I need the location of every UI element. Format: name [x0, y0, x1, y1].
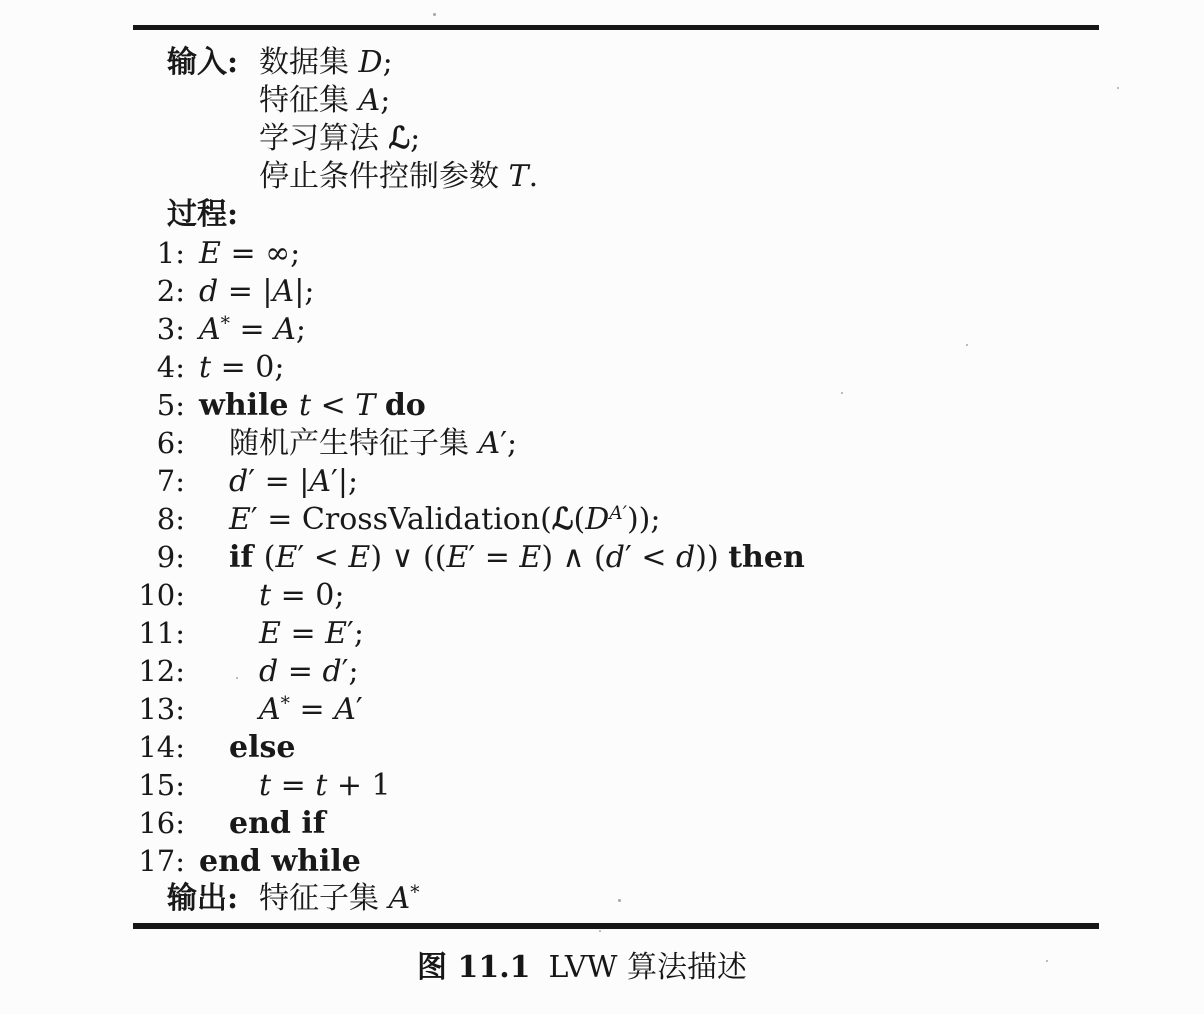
statement: t = 0; — [185, 577, 344, 615]
statement-segment: D — [585, 502, 609, 537]
statement-segment: E — [446, 540, 468, 575]
statement: E = E′; — [185, 615, 364, 653]
statement-segment: d — [199, 274, 218, 309]
statement: d = |A|; — [185, 273, 314, 311]
statement-segment: A — [259, 692, 281, 727]
statement-segment: E — [229, 502, 251, 537]
statement-segment: A — [389, 881, 411, 916]
line-number: 10: — [133, 576, 185, 614]
scan-speck — [599, 930, 601, 932]
statement-segment: E — [275, 540, 297, 575]
statement-segment: end if — [229, 806, 326, 841]
line-number: 1: — [133, 234, 185, 272]
statement-segment: A — [274, 312, 296, 347]
line-number: 16: — [133, 804, 185, 842]
statement-segment: ) ∨ (( — [370, 540, 446, 575]
statement-segment: + 1 — [327, 768, 390, 803]
algorithm-step-line: 10:t = 0; — [133, 576, 1099, 614]
statement-segment: t — [315, 768, 327, 803]
statement-segment: A — [479, 426, 501, 461]
algorithm-step-line: 9:if (E′ < E) ∨ ((E′ = E) ∧ (d′ < d)) th… — [133, 538, 1099, 576]
statement-segment: ℒ — [389, 121, 411, 156]
statement-segment: end while — [199, 844, 361, 879]
algorithm-head-line: 过程: — [133, 196, 1099, 234]
statement-segment: t — [259, 578, 271, 613]
statement: 数据集 D; — [259, 44, 393, 82]
scan-speck — [1117, 87, 1119, 89]
statement-segment: t — [199, 350, 211, 385]
statement-segment: * — [221, 314, 230, 335]
statement-segment: ′ — [356, 692, 363, 727]
statement-segment: E — [325, 616, 347, 651]
statement-segment: ′ = CrossValidation( — [251, 502, 552, 537]
statement: d = d′; — [185, 653, 359, 691]
statement-segment: ; — [383, 45, 393, 80]
statement-segment: ) ∧ ( — [541, 540, 605, 575]
statement-segment: E — [519, 540, 541, 575]
statement-segment: 随机产生特征子集 — [229, 426, 479, 461]
statement-segment: ℒ — [552, 502, 574, 537]
algorithm-step-line: 14:else — [133, 728, 1099, 766]
line-number: 13: — [133, 690, 185, 728]
statement-segment: 停止条件控制参数 — [259, 159, 509, 194]
algorithm-rows: 输入:数据集 D;特征集 A;学习算法 ℒ;停止条件控制参数 T.过程:1:E … — [133, 44, 1099, 918]
statement-segment: E — [199, 236, 221, 271]
algorithm-step-line: 7:d′ = |A′|; — [133, 462, 1099, 500]
statement: else — [185, 729, 295, 767]
statement-segment: else — [229, 730, 295, 765]
statement-segment: A — [334, 692, 356, 727]
algorithm-step-line: 16:end if — [133, 804, 1099, 842]
figure-caption: 图 11.1LVW 算法描述 — [133, 946, 1099, 990]
statement-segment: D — [359, 45, 383, 80]
algorithm-step-line: 11:E = E′; — [133, 614, 1099, 652]
scan-speck — [147, 739, 149, 741]
statement-segment: ′|; — [331, 464, 358, 499]
statement-segment: )) — [695, 540, 728, 575]
statement: E′ = CrossValidation(ℒ(DA′)); — [185, 501, 660, 539]
statement-segment: < — [311, 388, 355, 423]
scan-speck — [1046, 960, 1048, 962]
statement-segment: = — [290, 692, 334, 727]
statement-segment: ′ = | — [248, 464, 309, 499]
statement-segment: ( — [264, 540, 276, 575]
statement: d′ = |A′|; — [185, 463, 358, 501]
statement: end if — [185, 805, 326, 843]
algorithm-step-line: 13:A* = A′ — [133, 690, 1099, 728]
statement-segment: = — [281, 616, 325, 651]
statement-segment: t — [299, 388, 311, 423]
statement-segment: A — [199, 312, 221, 347]
statement-segment: = | — [218, 274, 272, 309]
statement-segment — [375, 388, 385, 423]
figure-caption-label: 图 11.1 — [417, 950, 531, 985]
statement-segment: E — [259, 616, 281, 651]
statement: 随机产生特征子集 A′; — [185, 425, 517, 463]
scan-speck — [428, 958, 430, 960]
algorithm-step-line: 17:end while — [133, 842, 1099, 880]
statement-segment: 学习算法 — [259, 121, 389, 156]
statement-segment: ; — [380, 83, 390, 118]
statement-segment: = — [230, 312, 274, 347]
line-number: 15: — [133, 766, 185, 804]
statement-segment: = 0; — [211, 350, 284, 385]
algorithm-step-line: 12:d = d′; — [133, 652, 1099, 690]
statement-segment: T — [355, 388, 375, 423]
statement: E = ∞; — [185, 235, 300, 273]
statement-segment: A — [273, 274, 295, 309]
statement-segment: while — [199, 388, 299, 423]
statement-segment: ′ < — [625, 540, 676, 575]
statement: 停止条件控制参数 T. — [259, 158, 538, 196]
line-number: 5: — [133, 386, 185, 424]
statement-segment: |; — [294, 274, 314, 309]
statement-segment: 数据集 — [259, 45, 359, 80]
algorithm-step-line: 1:E = ∞; — [133, 234, 1099, 272]
algorithm-cont-line: 学习算法 ℒ; — [133, 120, 1099, 158]
line-number: 12: — [133, 652, 185, 690]
algorithm-step-line: 8:E′ = CrossValidation(ℒ(DA′)); — [133, 500, 1099, 538]
statement-segment: )); — [627, 502, 661, 537]
line-number: 3: — [133, 310, 185, 348]
statement: t = t + 1 — [185, 767, 391, 805]
statement-segment: 特征集 — [259, 83, 359, 118]
statement: 特征子集 A* — [259, 880, 420, 918]
algorithm-step-line: 2:d = |A|; — [133, 272, 1099, 310]
statement: end while — [185, 843, 361, 881]
statement-segment: = ∞; — [221, 236, 300, 271]
line-number: 2: — [133, 272, 185, 310]
statement: t = 0; — [185, 349, 284, 387]
line-number: 11: — [133, 614, 185, 652]
statement-segment: ; — [410, 121, 420, 156]
algorithm-step-line: 3:A* = A; — [133, 310, 1099, 348]
figure-caption-text: LVW 算法描述 — [549, 950, 747, 985]
algorithm-step-line: 4:t = 0; — [133, 348, 1099, 386]
statement: 特征集 A; — [259, 82, 390, 120]
line-number: 17: — [133, 842, 185, 880]
scan-speck — [433, 13, 436, 16]
line-number: 14: — [133, 728, 185, 766]
scan-speck — [618, 899, 621, 902]
statement-segment: A — [359, 83, 381, 118]
statement-segment: = — [278, 654, 322, 689]
statement: A* = A; — [185, 311, 306, 349]
statement-segment: d — [322, 654, 341, 689]
statement-segment: d — [606, 540, 625, 575]
statement-segment: E — [348, 540, 370, 575]
statement: if (E′ < E) ∨ ((E′ = E) ∧ (d′ < d)) then — [185, 539, 805, 577]
statement-segment: d — [259, 654, 278, 689]
algorithm-io-line: 输出:特征子集 A* — [133, 880, 1099, 918]
statement-segment: then — [728, 540, 805, 575]
statement-segment: ( — [574, 502, 586, 537]
statement-segment: ′; — [342, 654, 359, 689]
statement-segment: . — [529, 159, 539, 194]
scan-speck — [966, 344, 968, 346]
statement-segment: ′ < — [297, 540, 348, 575]
statement-segment: A′ — [609, 503, 627, 524]
statement-segment: ′ = — [468, 540, 519, 575]
line-number: 7: — [133, 462, 185, 500]
statement-segment: = 0; — [271, 578, 344, 613]
statement-segment: ′; — [500, 426, 517, 461]
line-number: 6: — [133, 424, 185, 462]
statement-segment: A — [309, 464, 331, 499]
statement: 学习算法 ℒ; — [259, 120, 420, 158]
line-number: 9: — [133, 538, 185, 576]
line-number: 8: — [133, 500, 185, 538]
statement-segment: t — [259, 768, 271, 803]
statement-segment: ; — [296, 312, 306, 347]
statement-segment: if — [229, 540, 264, 575]
algorithm-box: 输入:数据集 D;特征集 A;学习算法 ℒ;停止条件控制参数 T.过程:1:E … — [133, 25, 1099, 929]
block-label: 输出: — [167, 880, 259, 918]
statement-segment: * — [410, 883, 419, 904]
statement-segment: d — [229, 464, 248, 499]
scan-speck — [236, 677, 238, 679]
statement-segment: do — [385, 388, 426, 423]
algorithm-step-line: 5:while t < T do — [133, 386, 1099, 424]
algorithm-cont-line: 特征集 A; — [133, 82, 1099, 120]
statement-segment: 特征子集 — [259, 881, 389, 916]
statement-segment: T — [509, 159, 529, 194]
block-label: 输入: — [167, 44, 259, 82]
block-label: 过程: — [167, 196, 259, 234]
statement-segment: ′; — [347, 616, 364, 651]
statement-segment: d — [676, 540, 695, 575]
algorithm-step-line: 15:t = t + 1 — [133, 766, 1099, 804]
line-number: 4: — [133, 348, 185, 386]
algorithm-io-line: 输入:数据集 D; — [133, 44, 1099, 82]
statement-segment: * — [281, 694, 290, 715]
statement: while t < T do — [185, 387, 426, 425]
statement-segment: = — [271, 768, 315, 803]
algorithm-cont-line: 停止条件控制参数 T. — [133, 158, 1099, 196]
statement: A* = A′ — [185, 691, 363, 729]
scan-speck — [841, 392, 843, 394]
algorithm-step-line: 6:随机产生特征子集 A′; — [133, 424, 1099, 462]
